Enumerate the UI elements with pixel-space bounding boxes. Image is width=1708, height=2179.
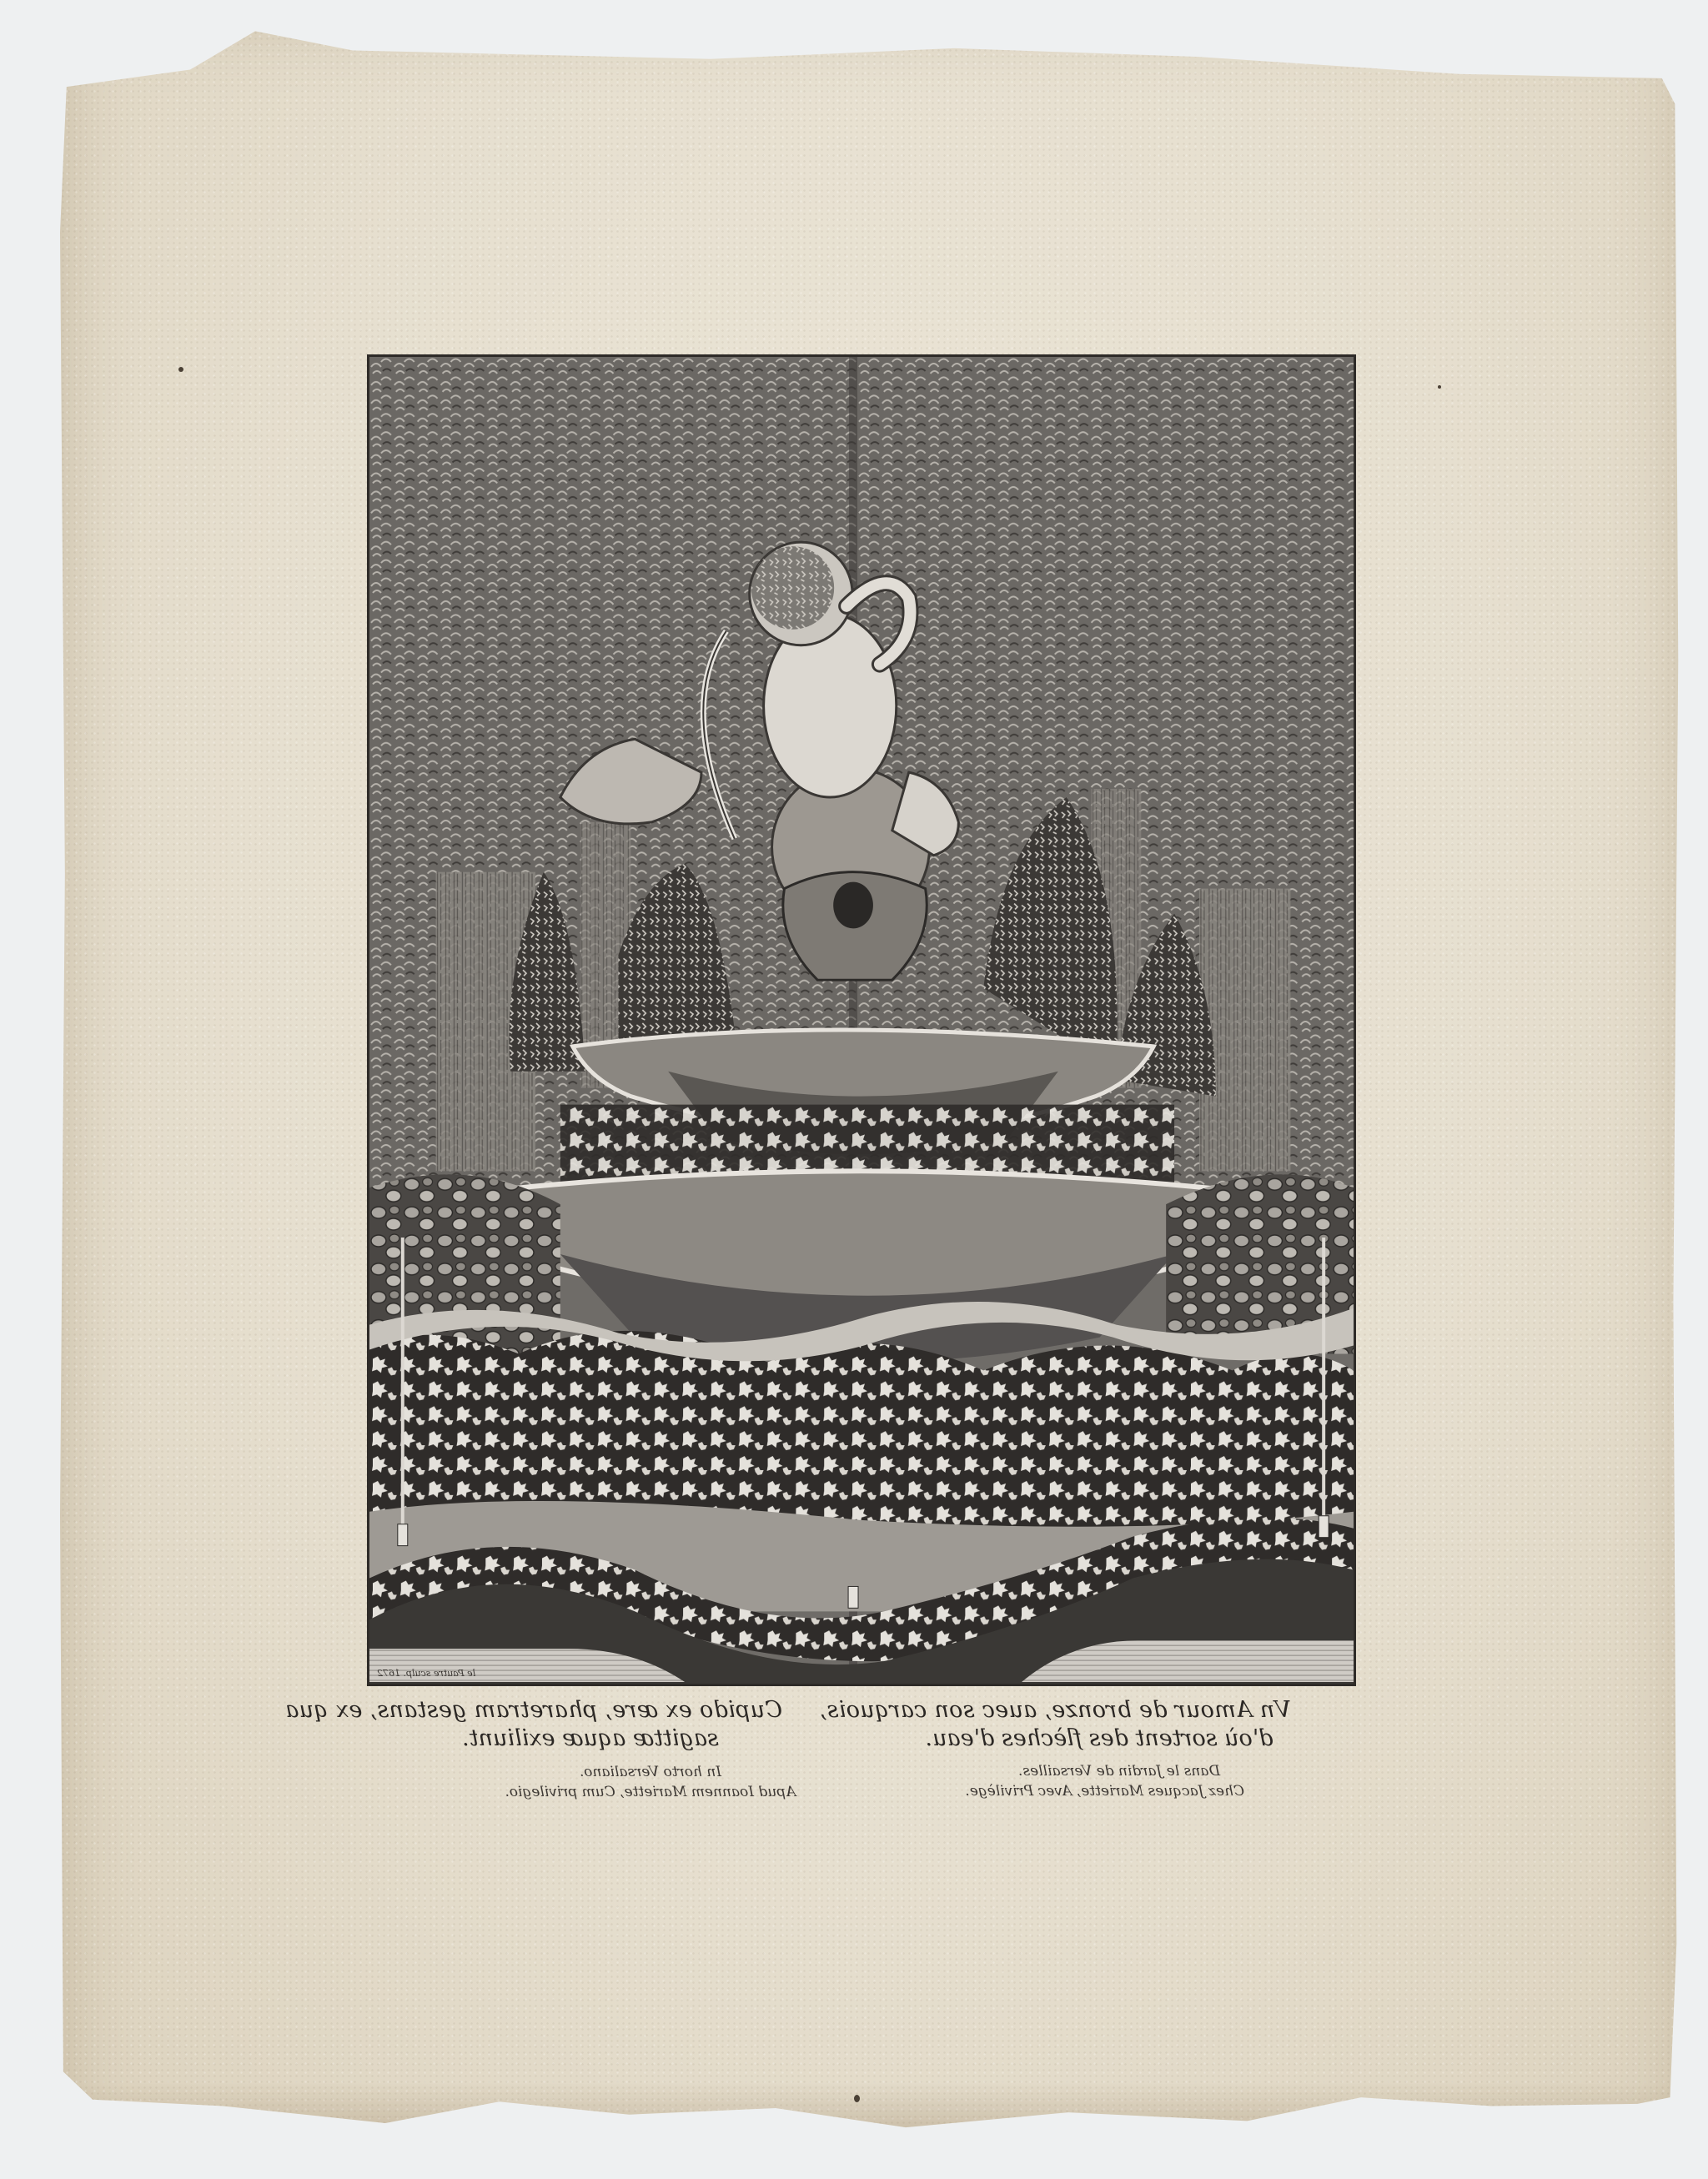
engraver-signature: le Pautre sculp. 1672 bbox=[377, 1668, 475, 1679]
foxing-spot bbox=[178, 367, 183, 372]
caption-french-line-2: d'où sortent des flèches d'eau. bbox=[907, 1725, 1291, 1753]
imprint-french-line-1: Dans le Jardin de Versailles. bbox=[994, 1761, 1244, 1781]
engraving-plate bbox=[367, 354, 1356, 1686]
caption-french-line-1: Vn Amour de bronze, auec son carquois, bbox=[907, 1696, 1291, 1725]
imprint-latin-line-1: In horto Versaliano. bbox=[471, 1762, 830, 1782]
caption-latin: Cupido ex ære, pharetram gestans, ex qua… bbox=[399, 1696, 782, 1753]
imprint-french-line-2: Chez Jacques Mariette, Avec Privilège. bbox=[994, 1781, 1244, 1801]
imprint-latin-line-2: Apud Ioannem Mariette, Cum privilegio. bbox=[471, 1782, 830, 1802]
foxing-spot bbox=[1438, 385, 1441, 389]
fountain-engraving bbox=[369, 357, 1354, 1684]
foxing-spot bbox=[854, 2095, 860, 2102]
paper-deckle-edge bbox=[60, 2082, 1686, 2157]
imprint-french: Dans le Jardin de Versailles. Chez Jacqu… bbox=[994, 1761, 1244, 1801]
caption-french: Vn Amour de bronze, auec son carquois, d… bbox=[907, 1696, 1291, 1753]
caption-latin-line-2: sagittæ aquæ exiliunt. bbox=[399, 1725, 782, 1753]
imprint-latin: In horto Versaliano. Apud Ioannem Mariet… bbox=[471, 1762, 830, 1802]
caption-latin-line-1: Cupido ex ære, pharetram gestans, ex qua bbox=[399, 1696, 782, 1725]
